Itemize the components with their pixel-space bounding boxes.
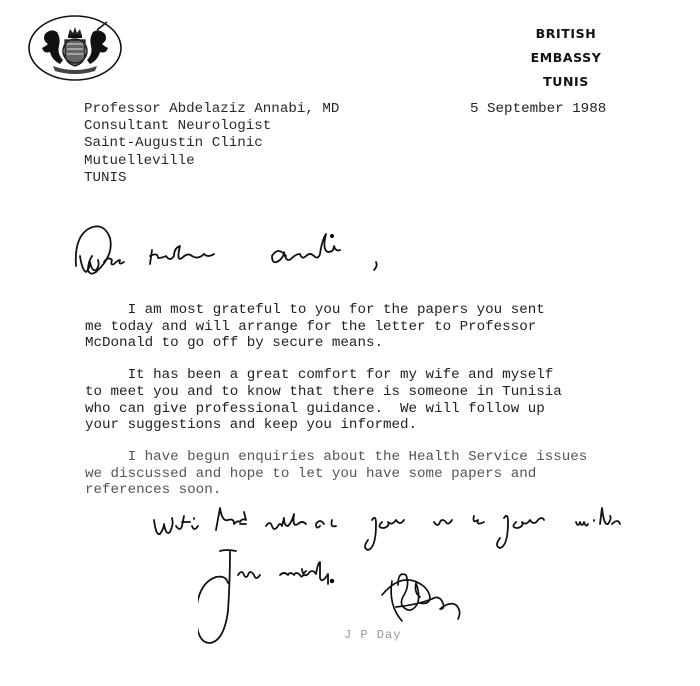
- body-paragraph: I have begun enquiries about the Health …: [85, 449, 655, 499]
- body-paragraph: I am most grateful to you for the papers…: [85, 302, 655, 352]
- recipient-address: Professor Abdelaziz Annabi, MD Consultan…: [84, 101, 339, 187]
- signatory-name: J P Day: [344, 628, 401, 642]
- embassy-city: TUNIS: [500, 70, 632, 94]
- embassy-name: BRITISH EMBASSY: [500, 22, 632, 70]
- signature: [376, 565, 486, 625]
- handwritten-salutation: Dear Professor Annabi,: [70, 216, 410, 286]
- recipient-line: Mutuelleville: [84, 153, 195, 169]
- royal-coat-of-arms-icon: [27, 14, 123, 82]
- letterhead: BRITISH EMBASSY TUNIS: [500, 22, 632, 94]
- recipient-line: Professor Abdelaziz Annabi, MD: [84, 101, 339, 117]
- letter-body: I am most grateful to you for the papers…: [85, 302, 655, 514]
- handwritten-valediction: Yours sincerely,: [198, 545, 378, 660]
- recipient-line: Consultant Neurologist: [84, 118, 271, 134]
- recipient-line: Saint-Augustin Clinic: [84, 135, 263, 151]
- recipient-line: TUNIS: [84, 170, 127, 186]
- body-paragraph: It has been a great comfort for my wife …: [85, 367, 655, 434]
- letter-date: 5 September 1988: [470, 101, 606, 118]
